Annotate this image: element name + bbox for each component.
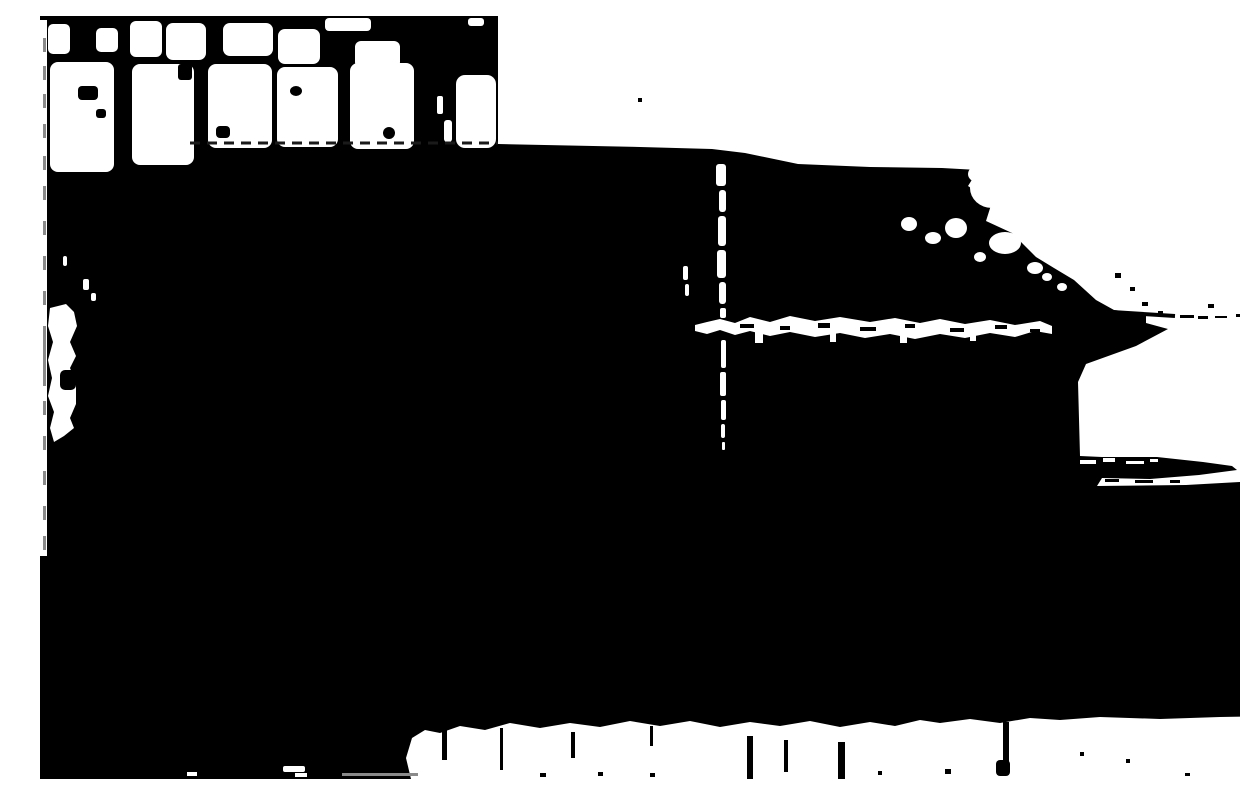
scene-shape	[650, 726, 653, 746]
scene-shape	[1208, 304, 1214, 308]
scene-shape	[1198, 316, 1208, 319]
scene-shape	[48, 24, 70, 54]
scene-shape	[278, 29, 320, 64]
scene-shape	[717, 250, 726, 278]
scene-shape	[830, 332, 836, 342]
scene-shape	[683, 266, 688, 280]
scene-shape	[43, 436, 46, 450]
scene-shape	[901, 217, 917, 231]
scene-shape	[1042, 273, 1052, 281]
scene-shape	[996, 760, 1010, 776]
scene-shape	[96, 109, 106, 118]
scene-shape	[1150, 459, 1158, 462]
scene-shape	[78, 86, 98, 100]
scene-shape	[1103, 458, 1115, 462]
scene-shape	[974, 252, 986, 262]
scene-shape	[187, 772, 197, 776]
scene-shape	[43, 94, 46, 108]
scene-shape	[950, 328, 964, 332]
scene-shape	[277, 67, 338, 147]
scene-shape	[900, 332, 907, 343]
scene-shape	[1158, 311, 1163, 314]
scene-shape	[295, 773, 307, 777]
scene-shape	[905, 324, 915, 328]
scene-shape	[43, 186, 46, 200]
scene-shape	[43, 221, 46, 235]
scene-shape	[718, 216, 726, 246]
scene-shape	[60, 370, 76, 390]
scene-shape	[43, 124, 46, 138]
scene-shape	[1080, 752, 1084, 756]
scene-shape	[1003, 722, 1009, 764]
scene-shape	[442, 730, 447, 760]
scene-shape	[747, 736, 753, 779]
scene-shape	[685, 284, 689, 296]
scene-shape	[818, 323, 830, 328]
scene-shape	[1030, 329, 1040, 332]
scene-shape	[993, 204, 1013, 220]
scene-shape	[721, 340, 726, 368]
scene-shape	[780, 326, 790, 330]
scene-shape	[350, 63, 414, 149]
scene-shape	[571, 732, 575, 758]
thresholded-photo-canvas	[40, 16, 1240, 779]
scene-shape	[945, 769, 951, 774]
scene-shape	[43, 471, 46, 485]
scene-shape	[1130, 287, 1135, 291]
scene-shape	[43, 291, 46, 305]
scene-shape	[43, 256, 46, 270]
scene-shape	[96, 28, 118, 52]
scene-shape	[721, 400, 726, 420]
scene-shape	[444, 120, 452, 142]
scene-shape	[1185, 773, 1190, 776]
scene-shape	[720, 372, 726, 396]
scene-shape	[1105, 479, 1119, 482]
scene-shape	[1126, 461, 1144, 464]
scene-shape	[1115, 273, 1121, 278]
scene-shape	[166, 23, 206, 60]
scene-shape	[838, 742, 845, 779]
scene-shape	[283, 766, 305, 772]
scene-shape	[860, 327, 876, 331]
scene-shape	[43, 156, 46, 170]
scene-shape	[721, 424, 725, 438]
scene-shape	[43, 506, 46, 520]
scene-shape	[1180, 315, 1194, 318]
scene-shape	[719, 190, 726, 212]
scene-shape	[43, 401, 46, 415]
scene-shape	[342, 773, 418, 776]
scene-shape	[1215, 316, 1227, 318]
scene-shape	[540, 773, 546, 777]
scene-shape	[63, 256, 67, 266]
scene-shape	[1135, 480, 1153, 483]
scene-shape	[83, 279, 89, 290]
scene-shape	[1057, 283, 1067, 291]
scene-shape	[989, 232, 1021, 254]
scene-shape	[970, 332, 976, 341]
scene-shape	[43, 326, 46, 386]
scene-shape	[456, 75, 496, 148]
scene-shape	[223, 23, 273, 56]
scene-shape	[437, 96, 443, 114]
scene-shape	[43, 536, 46, 550]
scene-shape	[878, 771, 882, 775]
scene-shape	[784, 740, 788, 772]
scene-shape	[91, 293, 96, 301]
scene-shape	[1236, 314, 1240, 317]
scene-shape	[650, 773, 655, 777]
scene-shape	[598, 772, 603, 776]
scene-shape	[720, 308, 726, 318]
scene-shape	[500, 728, 503, 770]
scene-shape	[383, 127, 395, 139]
scene-shape	[925, 232, 941, 244]
scene-shape	[740, 324, 754, 328]
scene-shape	[1142, 302, 1148, 306]
scene-shape	[178, 64, 192, 80]
scene-shape	[995, 325, 1007, 329]
scene-shape	[43, 66, 46, 80]
scene-shape	[216, 126, 230, 138]
scene-shape	[130, 21, 162, 57]
scene-shape	[755, 332, 763, 343]
scene-shape	[290, 86, 302, 96]
scene-shape	[468, 18, 484, 26]
scene-shape	[1170, 480, 1180, 483]
scene-shape	[638, 98, 642, 102]
scene-shape	[1126, 759, 1130, 763]
scene-shape	[722, 442, 725, 450]
scene-shape	[43, 38, 46, 52]
scene-shape	[716, 164, 726, 186]
scene-shape	[968, 165, 992, 183]
scene-shape	[945, 218, 967, 238]
scene-shape	[325, 18, 371, 31]
scene-shape	[1027, 262, 1043, 274]
thresholded-photo-figure	[40, 16, 1240, 779]
scene-shape	[719, 282, 726, 304]
scene-shape	[1080, 460, 1096, 464]
